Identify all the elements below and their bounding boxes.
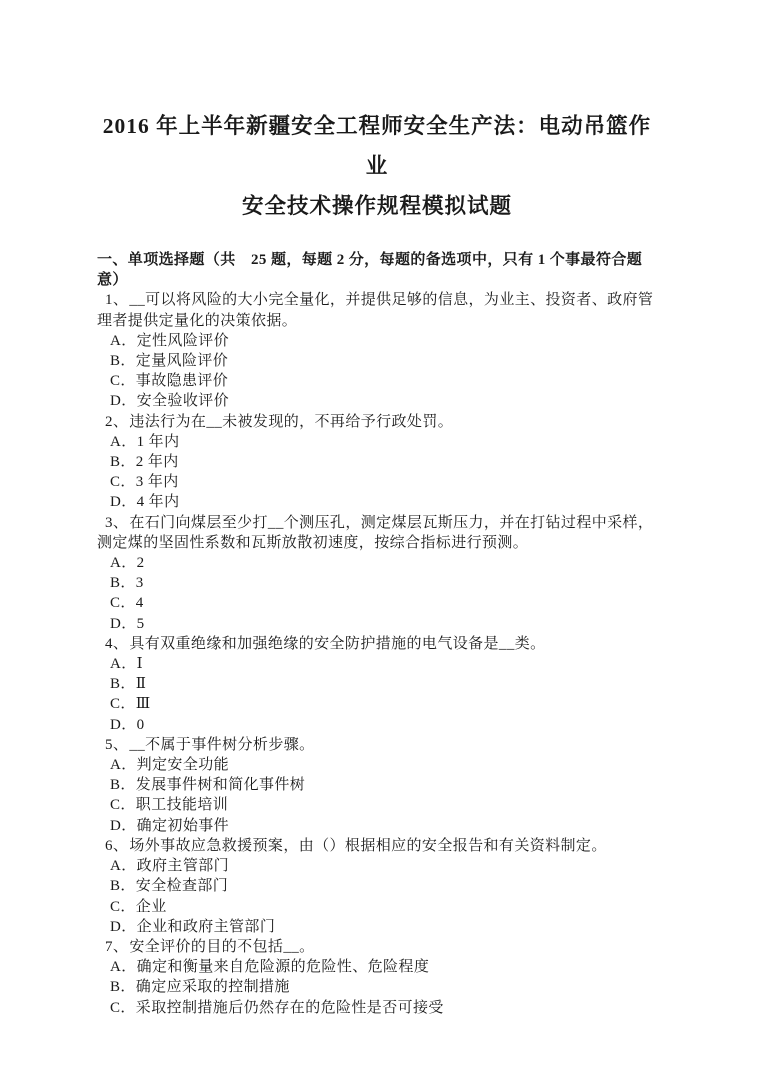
question-text: 4、具有双重绝缘和加强绝缘的安全防护措施的电气设备是__类。 bbox=[97, 634, 657, 654]
question-6: 6、场外事故应急救援预案，由（）根据相应的安全报告和有关资料制定。 A．政府主管… bbox=[97, 836, 657, 937]
question-4: 4、具有双重绝缘和加强绝缘的安全防护措施的电气设备是__类。 A．Ⅰ B．Ⅱ C… bbox=[97, 634, 657, 735]
answer-option: C．4 bbox=[97, 593, 657, 613]
page-content: 2016 年上半年新疆安全工程师安全生产法：电动吊篮作业安全技术操作规程模拟试题… bbox=[97, 0, 657, 1018]
answer-option: A．政府主管部门 bbox=[97, 856, 657, 876]
question-body: 具有双重绝缘和加强绝缘的安全防护措施的电气设备是__类。 bbox=[129, 636, 545, 652]
answer-option: A．定性风险评价 bbox=[97, 331, 657, 351]
question-body: __不属于事件树分析步骤。 bbox=[129, 737, 314, 753]
answer-option: C．事故隐患评价 bbox=[97, 371, 657, 391]
section-heading: 一、单项选择题（共 25 题，每题 2 分，每题的备选项中，只有 1 个事最符合… bbox=[97, 250, 657, 290]
answer-option: B．3 bbox=[97, 573, 657, 593]
answer-option: A．确定和衡量来自危险源的危险性、危险程度 bbox=[97, 957, 657, 977]
question-body: __可以将风险的大小完全量化，并提供足够的信息，为业主、投资者、政府管理者提供定… bbox=[97, 292, 653, 328]
answer-option: D．确定初始事件 bbox=[97, 816, 657, 836]
answer-option: B．Ⅱ bbox=[97, 674, 657, 694]
question-text: 6、场外事故应急救援预案，由（）根据相应的安全报告和有关资料制定。 bbox=[97, 836, 657, 856]
answer-option: B．2 年内 bbox=[97, 452, 657, 472]
page-title-line-1: 2016 年上半年新疆安全工程师安全生产法：电动吊篮作业 bbox=[103, 114, 651, 178]
answer-option: D．4 年内 bbox=[97, 492, 657, 512]
question-text: 5、__不属于事件树分析步骤。 bbox=[97, 735, 657, 755]
question-number: 7、 bbox=[105, 939, 129, 955]
question-number: 5、 bbox=[105, 737, 129, 753]
answer-option: A．2 bbox=[97, 553, 657, 573]
question-number: 6、 bbox=[105, 838, 129, 854]
answer-option: A．Ⅰ bbox=[97, 654, 657, 674]
question-text: 3、在石门向煤层至少打__个测压孔，测定煤层瓦斯压力，并在打钻过程中采样，测定煤… bbox=[97, 513, 657, 553]
answer-option: B．定量风险评价 bbox=[97, 351, 657, 371]
question-number: 1、 bbox=[105, 292, 129, 308]
question-body: 在石门向煤层至少打__个测压孔，测定煤层瓦斯压力，并在打钻过程中采样，测定煤的坚… bbox=[97, 515, 653, 551]
answer-option: D．安全验收评价 bbox=[97, 391, 657, 411]
exam-body: 一、单项选择题（共 25 题，每题 2 分，每题的备选项中，只有 1 个事最符合… bbox=[97, 250, 657, 1018]
page-title-line-2: 安全技术操作规程模拟试题 bbox=[242, 194, 512, 218]
answer-option: A．1 年内 bbox=[97, 432, 657, 452]
question-5: 5、__不属于事件树分析步骤。 A．判定安全功能 B．发展事件树和简化事件树 C… bbox=[97, 735, 657, 836]
answer-option: D．5 bbox=[97, 614, 657, 634]
question-7: 7、安全评价的目的不包括__。 A．确定和衡量来自危险源的危险性、危险程度 B．… bbox=[97, 937, 657, 1018]
question-body: 安全评价的目的不包括__。 bbox=[129, 939, 314, 955]
question-number: 2、 bbox=[105, 414, 129, 430]
question-number: 3、 bbox=[105, 515, 129, 531]
answer-option: A．判定安全功能 bbox=[97, 755, 657, 775]
answer-option: C．采取控制措施后仍然存在的危险性是否可接受 bbox=[97, 998, 657, 1018]
question-3: 3、在石门向煤层至少打__个测压孔，测定煤层瓦斯压力，并在打钻过程中采样，测定煤… bbox=[97, 513, 657, 634]
question-2: 2、违法行为在__未被发现的，不再给予行政处罚。 A．1 年内 B．2 年内 C… bbox=[97, 412, 657, 513]
answer-option: D．0 bbox=[97, 715, 657, 735]
answer-option: C．职工技能培训 bbox=[97, 795, 657, 815]
question-body: 场外事故应急救援预案，由（）根据相应的安全报告和有关资料制定。 bbox=[129, 838, 606, 854]
question-text: 2、违法行为在__未被发现的，不再给予行政处罚。 bbox=[97, 412, 657, 432]
answer-option: C．Ⅲ bbox=[97, 694, 657, 714]
answer-option: D．企业和政府主管部门 bbox=[97, 917, 657, 937]
answer-option: B．确定应采取的控制措施 bbox=[97, 977, 657, 997]
answer-option: C．3 年内 bbox=[97, 472, 657, 492]
exam-paper-page: 2016 年上半年新疆安全工程师安全生产法：电动吊篮作业安全技术操作规程模拟试题… bbox=[0, 0, 763, 1080]
question-text: 1、__可以将风险的大小完全量化，并提供足够的信息，为业主、投资者、政府管理者提… bbox=[97, 290, 657, 330]
answer-option: B．安全检查部门 bbox=[97, 876, 657, 896]
page-title: 2016 年上半年新疆安全工程师安全生产法：电动吊篮作业安全技术操作规程模拟试题 bbox=[97, 106, 657, 226]
question-body: 违法行为在__未被发现的，不再给予行政处罚。 bbox=[129, 414, 453, 430]
answer-option: C．企业 bbox=[97, 897, 657, 917]
question-text: 7、安全评价的目的不包括__。 bbox=[97, 937, 657, 957]
question-number: 4、 bbox=[105, 636, 129, 652]
answer-option: B．发展事件树和简化事件树 bbox=[97, 775, 657, 795]
question-1: 1、__可以将风险的大小完全量化，并提供足够的信息，为业主、投资者、政府管理者提… bbox=[97, 290, 657, 411]
